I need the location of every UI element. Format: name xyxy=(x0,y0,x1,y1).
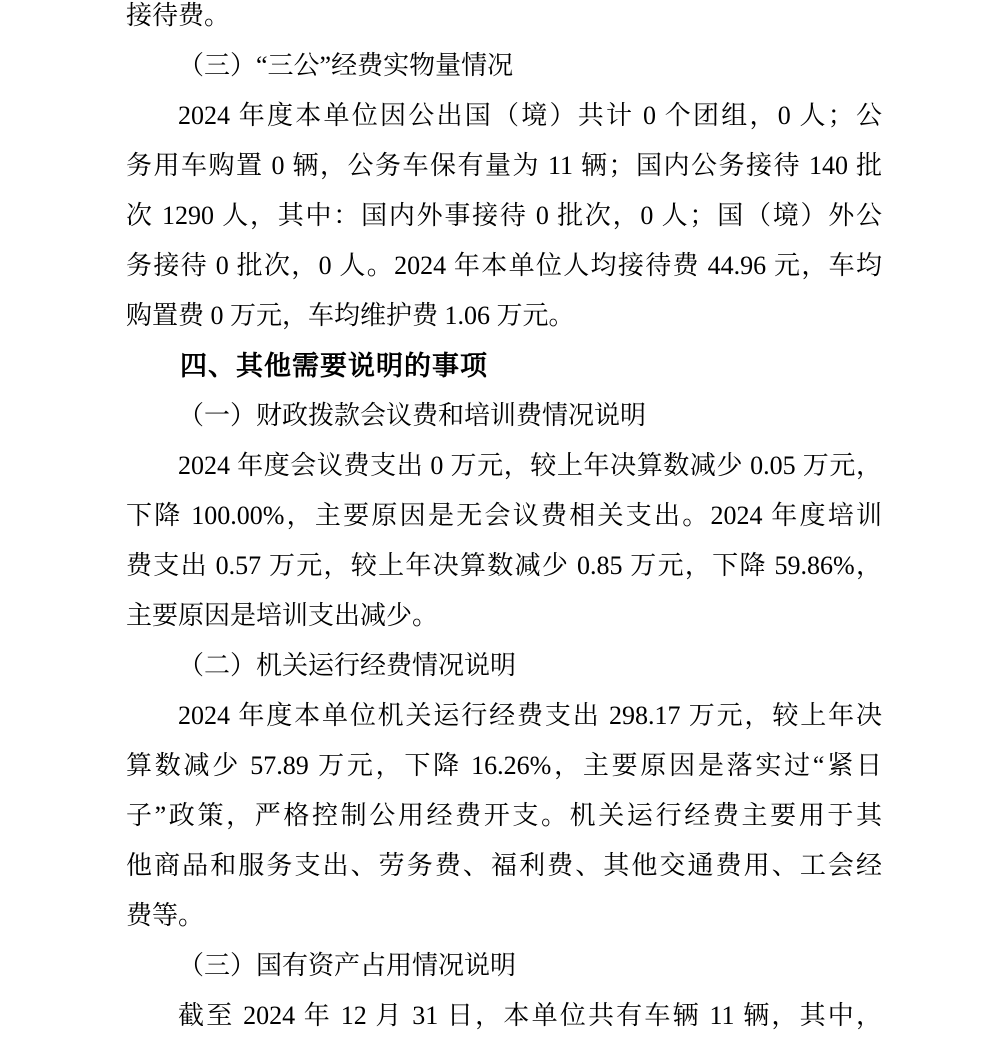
paragraph-line: 他商品和服务支出、劳务费、福利费、其他交通费用、工会经 xyxy=(126,841,882,891)
paragraph-line: 下降 100.00%，主要原因是无会议费相关支出。2024 年度培训 xyxy=(126,491,882,541)
paragraph-line: 费支出 0.57 万元，较上年决算数减少 0.85 万元，下降 59.86%， xyxy=(126,541,882,591)
paragraph-line: 务接待 0 批次，0 人。2024 年本单位人均接待费 44.96 元，车均 xyxy=(126,241,882,291)
paragraph-line: 2024 年度会议费支出 0 万元，较上年决算数减少 0.05 万元， xyxy=(126,441,882,491)
paragraph-line: 费等。 xyxy=(126,891,882,941)
paragraph-line: 算数减少 57.89 万元，下降 16.26%，主要原因是落实过“紧日 xyxy=(126,741,882,791)
paragraph-line: 截至 2024 年 12 月 31 日，本单位共有车辆 11 辆，其中， xyxy=(126,991,882,1041)
paragraph-line: 2024 年度本单位机关运行经费支出 298.17 万元，较上年决 xyxy=(126,691,882,741)
paragraph-line: 子”政策，严格控制公用经费开支。机关运行经费主要用于其 xyxy=(126,791,882,841)
continuation-paragraph-line: 接待费。 xyxy=(126,0,882,41)
paragraph-line: 务用车购置 0 辆，公务车保有量为 11 辆；国内公务接待 140 批 xyxy=(126,141,882,191)
paragraph-line: 购置费 0 万元，车均维护费 1.06 万元。 xyxy=(126,291,882,341)
paragraph-line: 主要原因是培训支出减少。 xyxy=(126,591,882,641)
paragraph-line: 2024 年度本单位因公出国（境）共计 0 个团组，0 人；公 xyxy=(126,91,882,141)
paragraph-line: 次 1290 人，其中：国内外事接待 0 批次，0 人；国（境）外公 xyxy=(126,191,882,241)
document-body: 接待费。（三）“三公”经费实物量情况2024 年度本单位因公出国（境）共计 0 … xyxy=(126,0,882,1041)
subsection-heading-three-public-expenses: （三）“三公”经费实物量情况 xyxy=(126,41,882,91)
document-page: 接待费。（三）“三公”经费实物量情况2024 年度本单位因公出国（境）共计 0 … xyxy=(0,0,1000,1043)
subsection-heading-meeting-training-fees: （一）财政拨款会议费和培训费情况说明 xyxy=(126,391,882,441)
subsection-heading-state-assets: （三）国有资产占用情况说明 xyxy=(126,941,882,991)
section-heading-other-items: 四、其他需要说明的事项 xyxy=(126,341,882,391)
subsection-heading-operating-expenses: （二）机关运行经费情况说明 xyxy=(126,641,882,691)
